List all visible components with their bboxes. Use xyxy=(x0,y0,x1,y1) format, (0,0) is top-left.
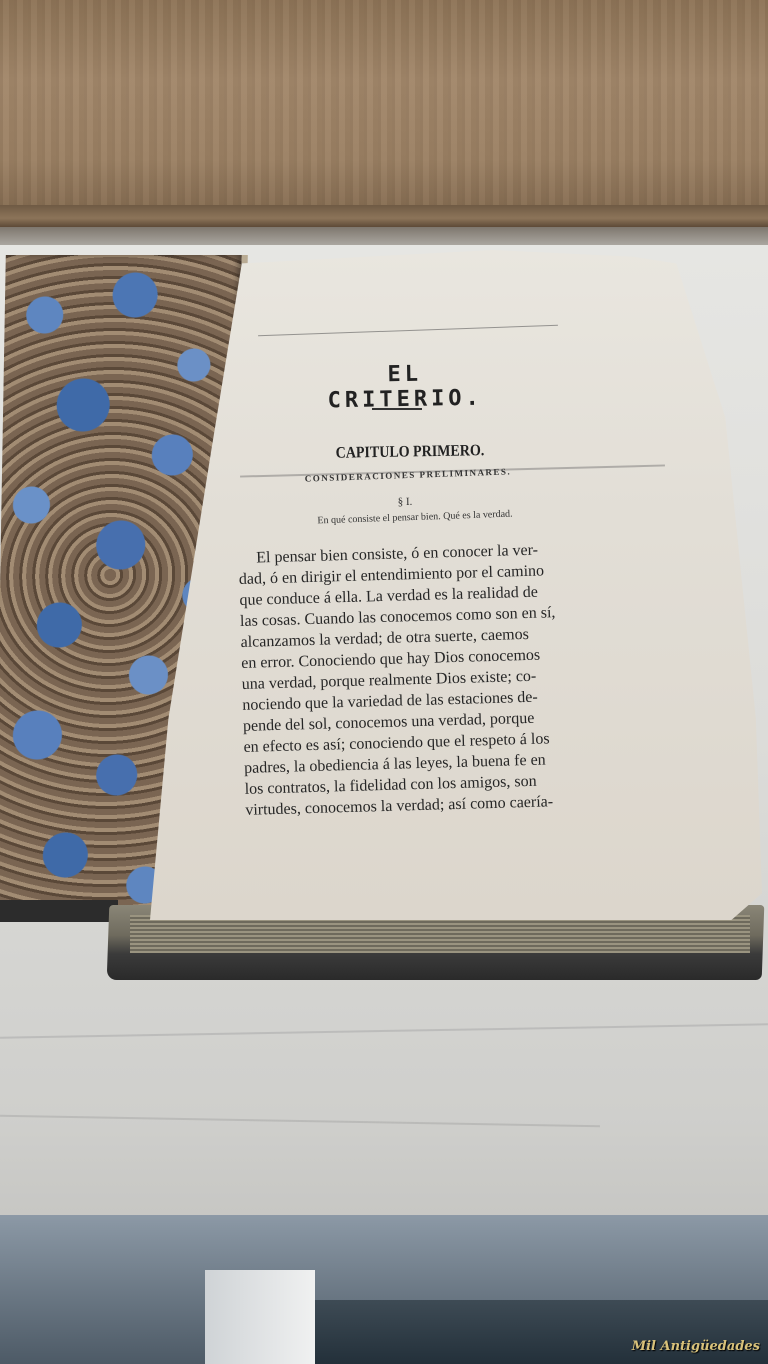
book-title: EL CRITERIO. xyxy=(305,360,506,413)
floor-light-panel xyxy=(205,1270,315,1364)
watermark-logo: Mil Antigüedades xyxy=(632,1339,760,1354)
wooden-board xyxy=(0,0,768,228)
page-edges xyxy=(130,915,750,953)
cover-bottom-edge xyxy=(0,900,118,922)
title-ornament xyxy=(372,408,422,410)
floor-dark-area xyxy=(315,1300,768,1364)
section-number: § I. xyxy=(385,496,425,509)
wooden-board-edge xyxy=(0,205,768,227)
body-text: El pensar bien consiste, ó en conocer la… xyxy=(238,537,625,821)
chapter-heading: CAPITULO PRIMERO. xyxy=(330,442,490,463)
photo-scene: EL CRITERIO. CAPITULO PRIMERO. CONSIDERA… xyxy=(0,0,768,1364)
